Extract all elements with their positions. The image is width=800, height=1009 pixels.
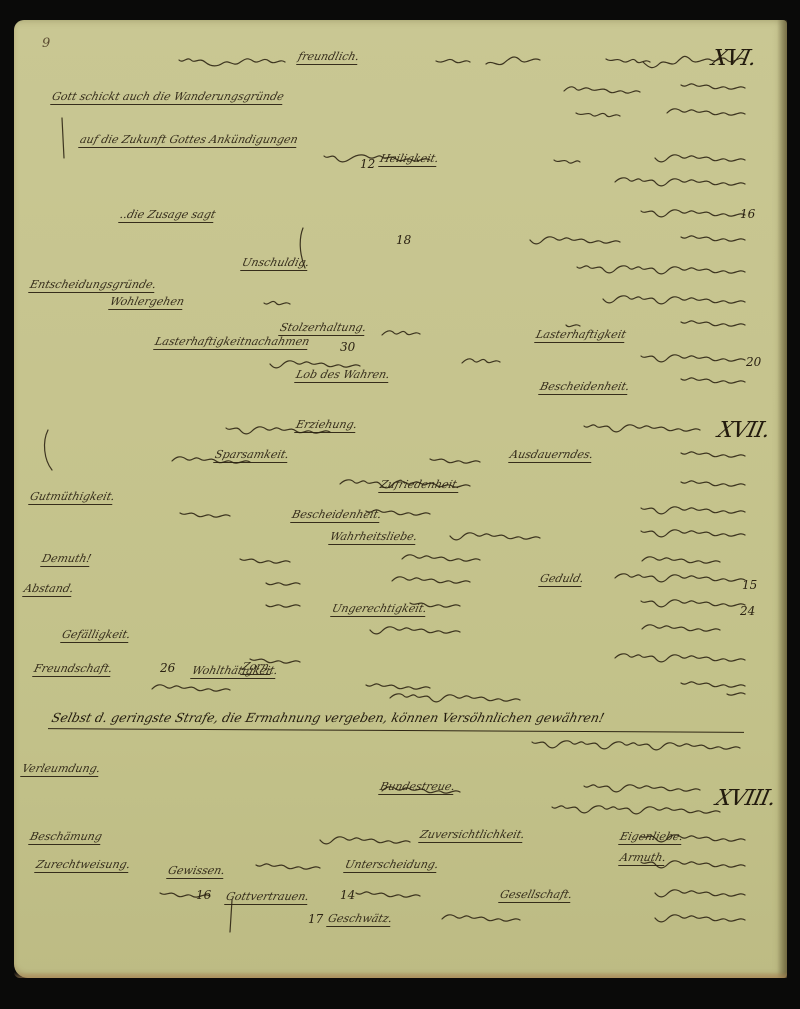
line-number: 24 — [740, 604, 755, 618]
gloss: Entscheidungsgründe. — [28, 278, 158, 293]
line-number: 15 — [742, 578, 757, 592]
section-marker-xvii: XVII. — [715, 418, 771, 443]
gloss: Heiligkeit. — [378, 152, 440, 167]
gloss: auf die Zukunft Gottes Ankündigungen — [78, 133, 299, 148]
closing-sentence: Selbst d. geringste Strafe, die Ermahnun… — [50, 710, 606, 725]
line-number: 17 — [308, 912, 323, 926]
line-number: 14 — [340, 888, 355, 902]
gloss: Gutmüthigkeit. — [28, 490, 116, 505]
gloss: Stolzerhaltung. — [278, 321, 368, 336]
line-number: 16 — [196, 888, 211, 902]
gloss: Gottvertrauen. — [224, 890, 310, 905]
gloss: Erziehung. — [294, 418, 359, 433]
gloss: Zuversichtlichkeit. — [418, 828, 526, 843]
line-number: 20 — [746, 355, 761, 369]
gloss: Bescheidenheit. — [538, 380, 631, 395]
gloss: Beschämung — [28, 830, 103, 845]
gloss: Wahrheitsliebe. — [328, 530, 419, 545]
gloss: Lasterhaftigkeit — [534, 328, 627, 343]
gloss: Ungerechtigkeit. — [330, 602, 428, 617]
gloss: Unschuldig. — [240, 256, 311, 271]
gloss: Zurechtweisung. — [34, 858, 132, 873]
line-number: 18 — [396, 233, 411, 247]
gloss: Ausdauerndes. — [508, 448, 595, 463]
gloss: Lasterhaftigkeitnachahmen — [153, 335, 311, 350]
gloss: Armuth. — [618, 851, 667, 866]
gloss: Gefälligkeit. — [60, 628, 132, 643]
gloss: Geschwätz. — [326, 912, 394, 927]
line-number: 26 — [160, 661, 175, 675]
gloss: Sparsamkeit. — [213, 448, 290, 463]
gloss: Unterscheidung. — [343, 858, 440, 873]
gloss: Gott schickt auch die Wanderungsgründe — [50, 90, 285, 105]
line-number: 30 — [340, 340, 355, 354]
gloss: Eigenliebe. — [618, 830, 685, 845]
gloss: Freundschaft. — [32, 662, 114, 677]
gloss: Abstand. — [22, 582, 75, 597]
gloss: Zufriedenheit. — [378, 478, 461, 493]
gloss: Geduld. — [538, 572, 585, 587]
gloss: Bescheidenheit. — [290, 508, 383, 523]
line-number: 16 — [740, 207, 755, 221]
gloss: Wohlergehen — [108, 295, 186, 310]
section-marker-xvi: XVI. — [709, 46, 758, 71]
gloss: Gewissen. — [166, 864, 226, 879]
line-number: 12 — [360, 157, 375, 171]
section-marker-xviii: XVIII. — [713, 786, 777, 811]
gloss: ..die Zusage sagt — [118, 208, 217, 223]
gloss: Lob des Wahren. — [294, 368, 391, 383]
gloss: freundlich. — [296, 50, 361, 65]
gloss: Demuth! — [40, 552, 93, 567]
gloss: Wohlthätigkeit. — [190, 664, 279, 679]
gloss: Gesellschaft. — [498, 888, 574, 903]
gloss: Bundestreue. — [378, 780, 456, 795]
gloss: Verleumdung. — [20, 762, 102, 777]
